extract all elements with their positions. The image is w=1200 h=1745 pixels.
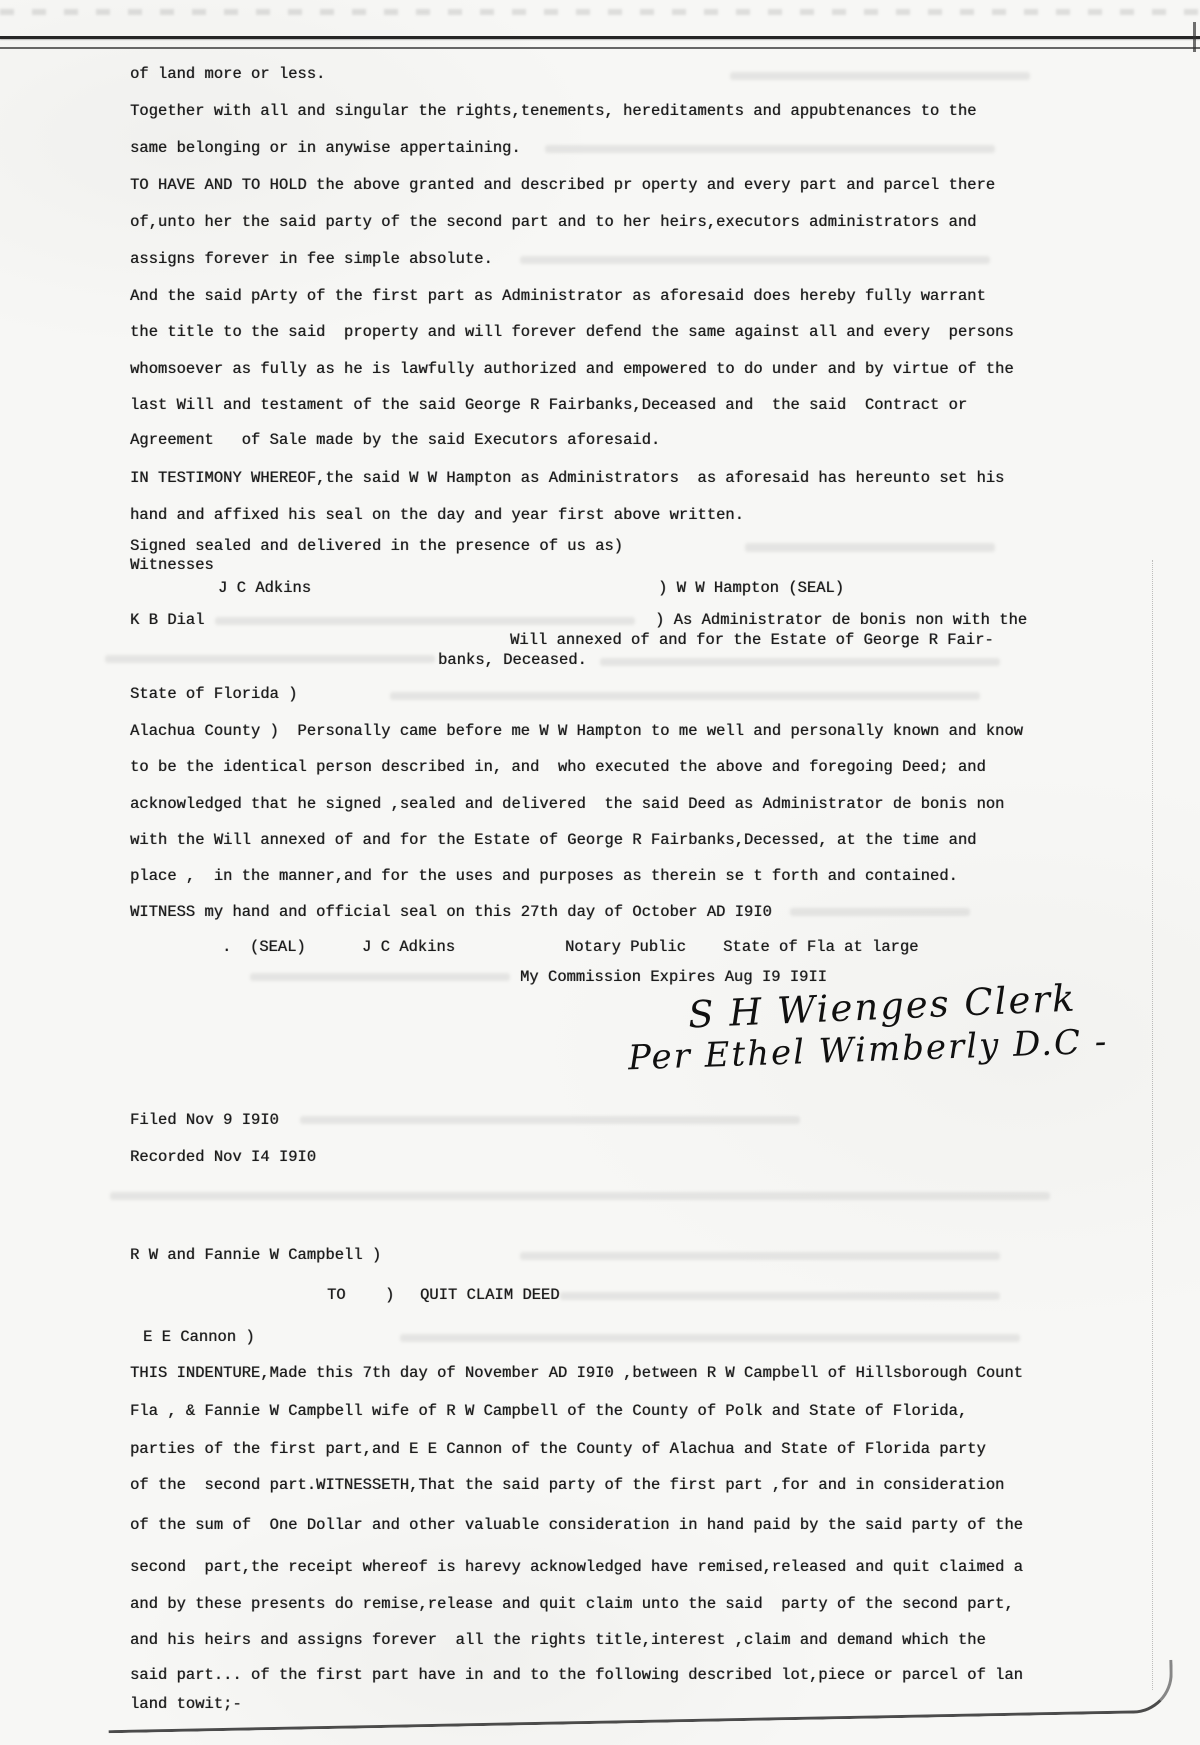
deed2-grantors: R W and Fannie W Campbell ) <box>130 1245 381 1265</box>
scan-smudge-band <box>0 9 1200 15</box>
signer-name-seal: ) W W Hampton (SEAL) <box>658 578 844 598</box>
ack-text-line: with the Will annexed of and for the Est… <box>130 830 976 850</box>
ghost-smudge <box>215 617 635 625</box>
ghost-smudge <box>400 1334 1020 1342</box>
deed1-text-line: last Will and testament of the said Geor… <box>130 395 967 415</box>
deed1-text-line: whomsoever as fully as he is lawfully au… <box>130 359 1014 379</box>
page-edge-mark <box>1193 22 1196 52</box>
signer-capacity-line3: banks, Deceased. <box>438 650 587 670</box>
deed1-text-line: Agreement of Sale made by the said Execu… <box>130 430 660 450</box>
ghost-smudge <box>745 543 995 552</box>
deed1-text-line: of land more or less. <box>130 64 325 84</box>
deed1-text-line: the title to the said property and will … <box>130 322 1014 342</box>
signer-capacity-line2: Will annexed of and for the Estate of Ge… <box>510 630 994 650</box>
deed2-title: QUIT CLAIM DEED <box>420 1285 560 1305</box>
deed2-text-line: parties of the first part,and E E Cannon… <box>130 1439 986 1459</box>
ghost-smudge <box>390 692 980 700</box>
notary-commission-line: My Commission Expires Aug I9 I9II <box>520 967 827 987</box>
deed1-attestation-line: Signed sealed and delivered in the prese… <box>130 536 623 556</box>
deed1-text-line: same belonging or in anywise appertainin… <box>130 138 521 158</box>
ghost-smudge <box>545 145 995 153</box>
notary-seal-mark: . (SEAL) <box>222 937 306 957</box>
ghost-smudge <box>250 973 510 981</box>
ghost-smudge <box>520 256 990 264</box>
deed2-text-line: second part,the receipt whereof is harev… <box>130 1557 1023 1577</box>
deed2-text-line: of the sum of One Dollar and other valua… <box>130 1515 1023 1535</box>
page-divider-rule-top <box>0 36 1200 39</box>
deed1-text-line: hand and affixed his seal on the day and… <box>130 505 744 525</box>
ghost-smudge <box>520 1252 1000 1260</box>
deed2-bracket: ) <box>385 1285 394 1305</box>
deed1-text-line: of,unto her the said party of the second… <box>130 212 976 232</box>
ack-text-line: acknowledged that he signed ,sealed and … <box>130 794 1004 814</box>
ghost-smudge <box>110 1192 1050 1200</box>
deed2-text-line: THIS INDENTURE,Made this 7th day of Nove… <box>130 1363 1023 1383</box>
witness1-name: J C Adkins <box>218 578 311 598</box>
ghost-smudge <box>730 72 1030 80</box>
ghost-smudge <box>560 1292 1000 1300</box>
deed1-text-line: TO HAVE AND TO HOLD the above granted an… <box>130 175 995 195</box>
deed1-text-line: assigns forever in fee simple absolute. <box>130 249 493 269</box>
witness2-name: K B Dial <box>130 610 204 630</box>
ghost-smudge <box>105 655 435 663</box>
filed-date-line: Filed Nov 9 I9I0 <box>130 1110 279 1130</box>
notary-name: J C Adkins <box>362 937 455 957</box>
page-divider-rule-bottom <box>0 47 1200 49</box>
deed2-text-line: and his heirs and assigns forever all th… <box>130 1630 986 1650</box>
ack-witness-line: WITNESS my hand and official seal on thi… <box>130 902 772 922</box>
ack-state-line: State of Florida ) <box>130 684 297 704</box>
deed2-text-line: of the second part.WITNESSETH,That the s… <box>130 1475 1004 1495</box>
deed1-text-line: And the said pArty of the first part as … <box>130 286 986 306</box>
notary-title: Notary Public State of Fla at large <box>565 937 918 957</box>
deed2-grantee: E E Cannon ) <box>143 1327 255 1347</box>
deed2-text-line: Fla , & Fannie W Campbell wife of R W Ca… <box>130 1401 967 1421</box>
ghost-smudge <box>300 1116 800 1124</box>
ack-text-line: place , in the manner,and for the uses a… <box>130 866 958 886</box>
ghost-smudge <box>790 908 970 916</box>
ack-county-line: Alachua County ) Personally came before … <box>130 721 1023 741</box>
deed1-text-line: Together with all and singular the right… <box>130 101 976 121</box>
deed2-to-label: TO <box>327 1285 346 1305</box>
page-edge-dotted-line <box>1152 560 1153 1690</box>
ack-text-line: to be the identical person described in,… <box>130 757 986 777</box>
deed1-text-line: IN TESTIMONY WHEREOF,the said W W Hampto… <box>130 468 1004 488</box>
recorded-date-line: Recorded Nov I4 I9I0 <box>130 1147 316 1167</box>
signer-capacity-line1: ) As Administrator de bonis non with the <box>655 610 1027 630</box>
witnesses-label: Witnesses <box>130 555 214 575</box>
deed2-text-line: and by these presents do remise,release … <box>130 1594 1014 1614</box>
scanned-deed-page: of land more or less. Together with all … <box>0 0 1200 1745</box>
ghost-smudge <box>600 658 1000 666</box>
